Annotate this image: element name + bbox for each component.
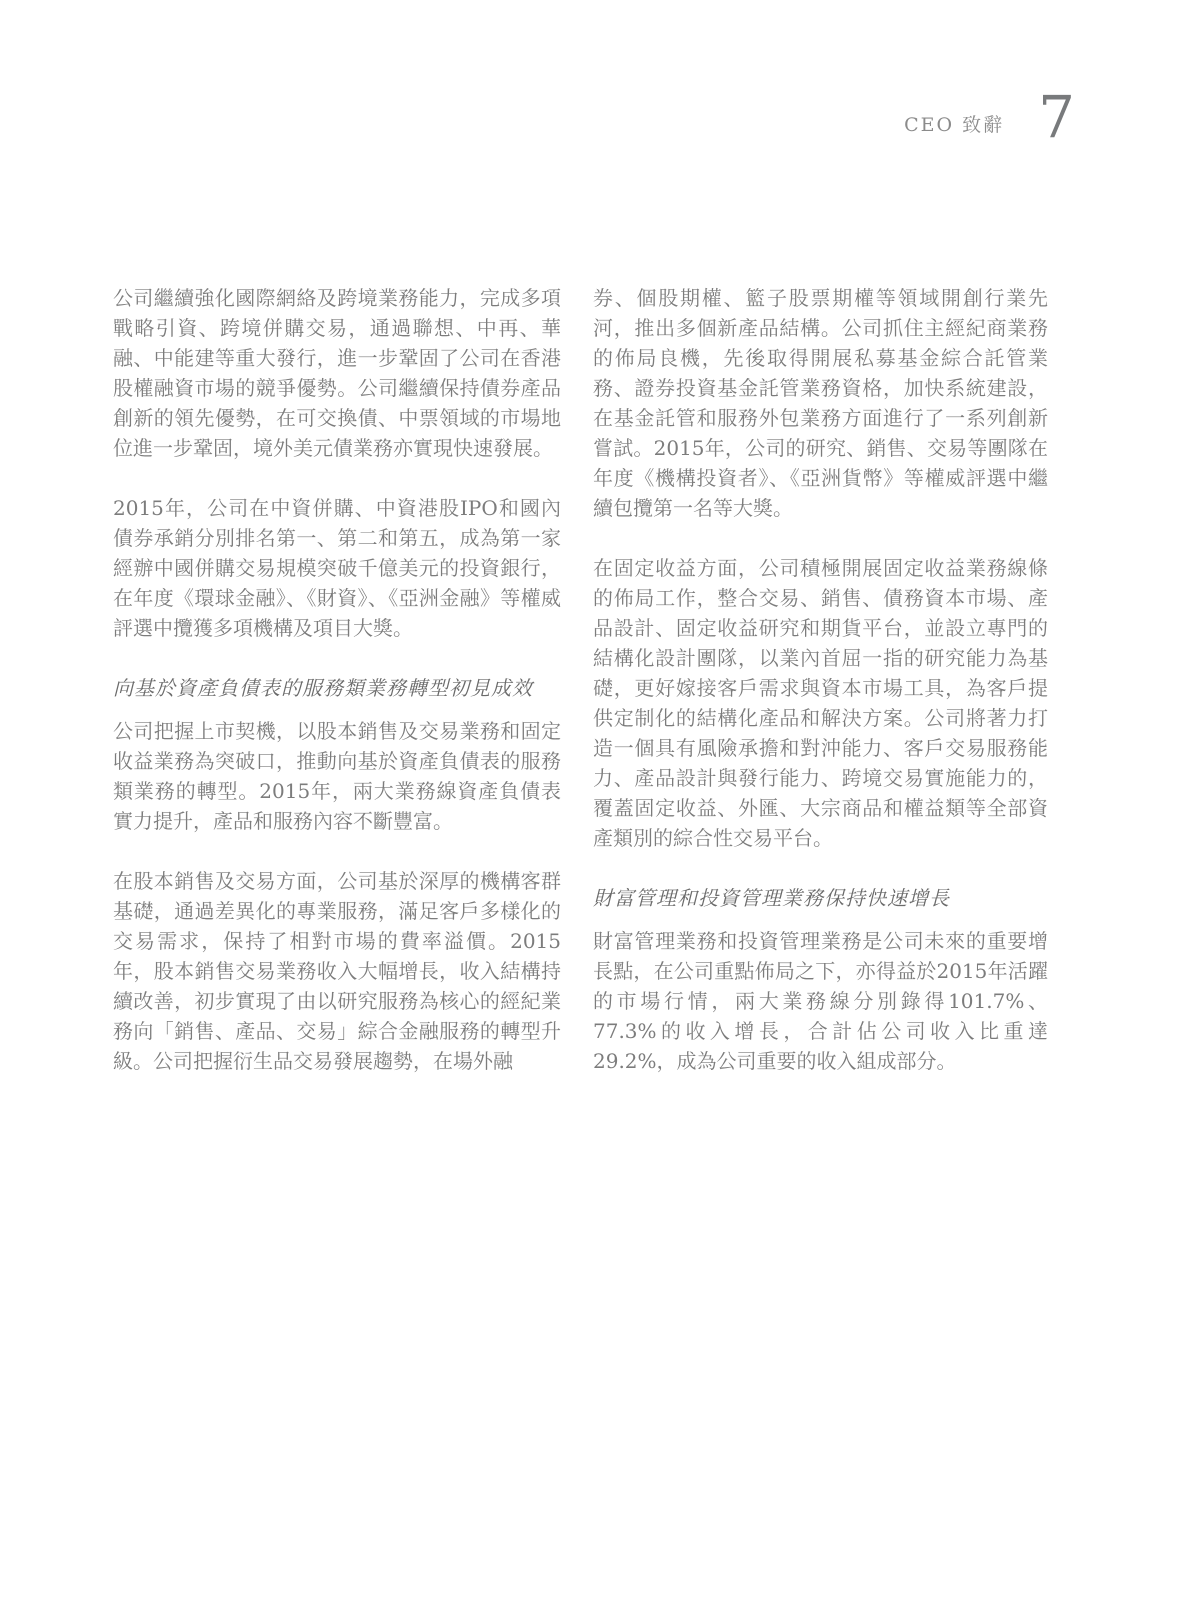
page-header: CEO 致辭 7 (904, 88, 1075, 146)
section-label: CEO 致辭 (904, 110, 1004, 137)
heading-balance-sheet-transformation: 向基於資產負債表的服務類業務轉型初見成效 (113, 673, 561, 703)
heading-wealth-investment-management: 財富管理和投資管理業務保持快速增長 (593, 883, 1048, 913)
paragraph-derivatives-prime-brokerage: 券、個股期權、籃子股票期權等領域開創行業先河，推出多個新產品結構。公司抓住主經紀… (593, 283, 1048, 523)
paragraph-listing-opportunity: 公司把握上市契機，以股本銷售及交易業務和固定收益業務為突破口，推動向基於資產負債… (113, 716, 561, 836)
right-column: 券、個股期權、籃子股票期權等領域開創行業先河，推出多個新產品結構。公司抓住主經紀… (593, 283, 1048, 1106)
paragraph-international-network: 公司繼續強化國際網絡及跨境業務能力，完成多項戰略引資、跨境併購交易，通過聯想、中… (113, 283, 561, 463)
paragraph-2015-rankings: 2015年，公司在中資併購、中資港股IPO和國內債券承銷分別排名第一、第二和第五… (113, 493, 561, 643)
document-page: CEO 致辭 7 公司繼續強化國際網絡及跨境業務能力，完成多項戰略引資、跨境併購… (0, 0, 1190, 1615)
left-column: 公司繼續強化國際網絡及跨境業務能力，完成多項戰略引資、跨境併購交易，通過聯想、中… (113, 283, 561, 1106)
paragraph-fixed-income: 在固定收益方面，公司積極開展固定收益業務線條的佈局工作，整合交易、銷售、債務資本… (593, 553, 1048, 853)
paragraph-equity-sales-trading: 在股本銷售及交易方面，公司基於深厚的機構客群基礎，通過差異化的專業服務，滿足客戶… (113, 866, 561, 1076)
page-number: 7 (1038, 88, 1075, 146)
paragraph-wealth-management-growth: 財富管理業務和投資管理業務是公司未來的重要增長點，在公司重點佈局之下，亦得益於2… (593, 926, 1048, 1076)
